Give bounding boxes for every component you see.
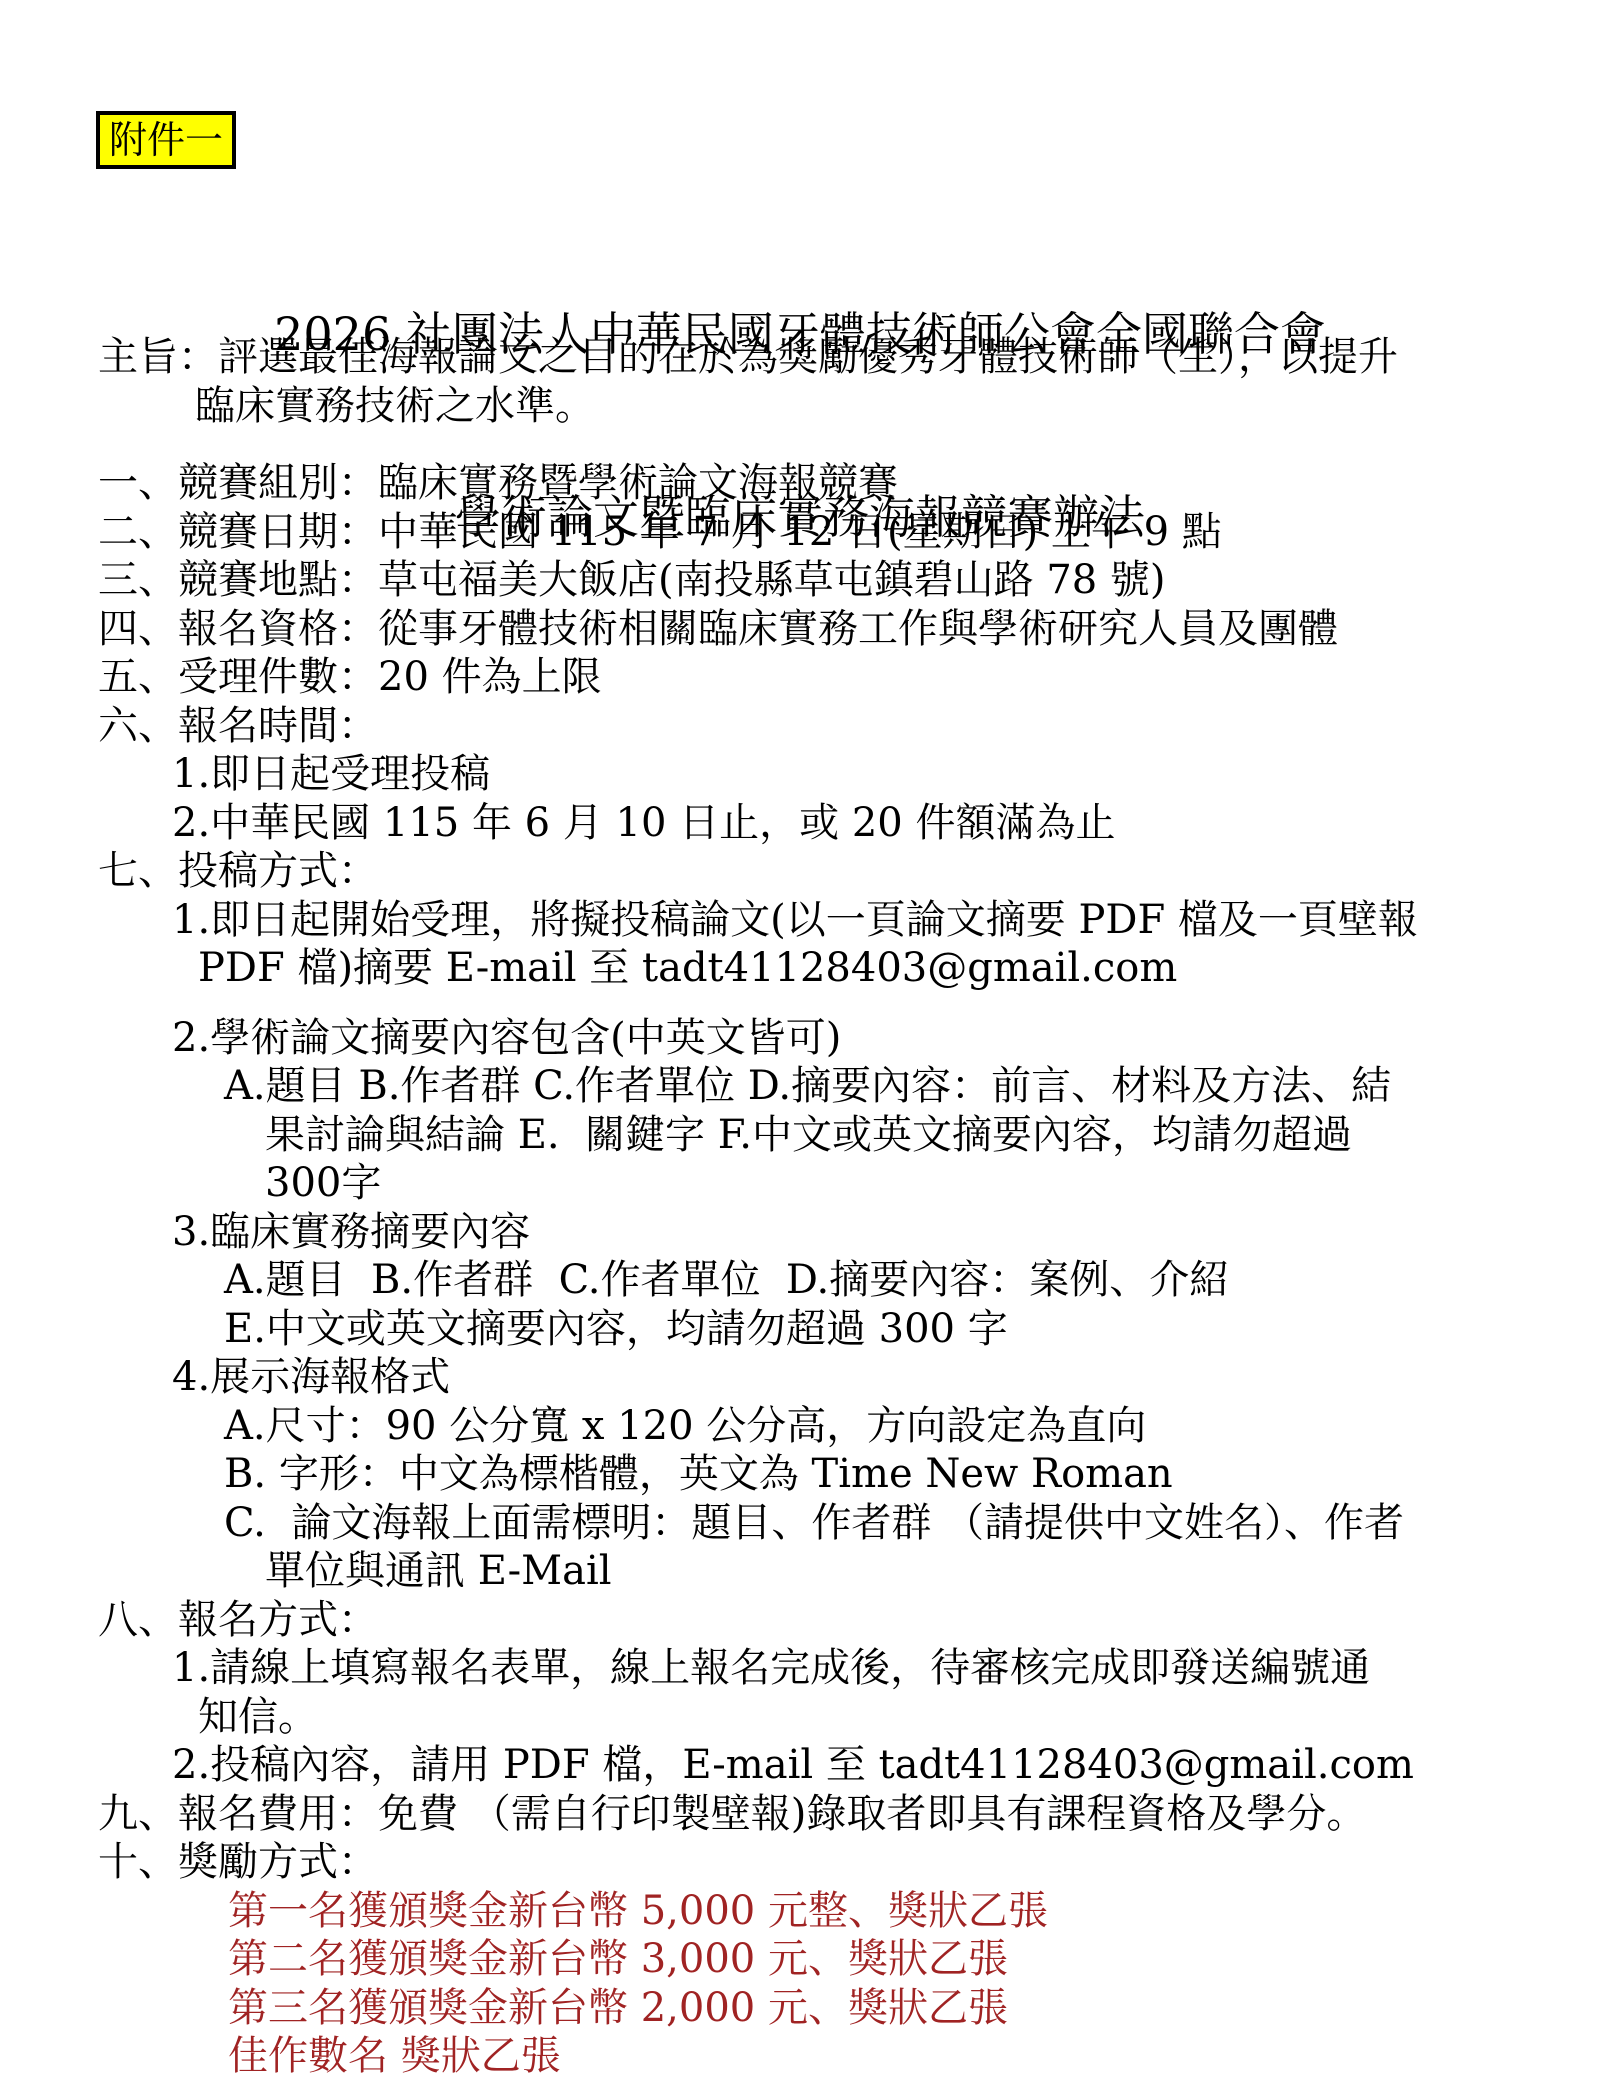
text-line: 八、報名方式： — [98, 1596, 1570, 1645]
document-body: 主旨：評選最佳海報論文之目的在於為獎勵優秀牙體技術師（生），以提升臨床實務技術之… — [98, 333, 1570, 2081]
text-line: 3.臨床實務摘要內容 — [172, 1208, 1570, 1257]
text-line: 知信。 — [198, 1693, 1570, 1742]
text-line: 臨床實務技術之水準。 — [195, 382, 1570, 431]
text-line: 300字 — [265, 1159, 1570, 1208]
text-line: 第二名獲頒獎金新台幣 3,000 元、獎狀乙張 — [228, 1935, 1570, 1984]
text-line: 四、報名資格：從事牙體技術相關臨床實務工作與學術研究人員及團體 — [98, 605, 1570, 654]
document-page: 附件一 2026 社團法人中華民國牙體技術師公會全國聯合會 學術論文暨臨床實務海… — [0, 0, 1600, 2086]
text-line: 2.投稿內容，請用 PDF 檔，E-mail 至 tadt41128403@gm… — [172, 1741, 1570, 1790]
text-line: 第一名獲頒獎金新台幣 5,000 元整、獎狀乙張 — [228, 1887, 1570, 1936]
text-line: 佳作數名 獎狀乙張 — [228, 2032, 1570, 2081]
text-line: B. 字形：中文為標楷體，英文為 Time New Roman — [224, 1450, 1570, 1499]
attachment-label: 附件一 — [96, 111, 236, 169]
text-line: A.題目 B.作者群 C.作者單位 D.摘要內容：前言、材料及方法、結 — [224, 1062, 1570, 1111]
text-line: E.中文或英文摘要內容，均請勿超過 300 字 — [224, 1305, 1570, 1354]
text-line: 單位與通訊 E-Mail — [265, 1547, 1570, 1596]
text-line: 十、獎勵方式： — [98, 1838, 1570, 1887]
text-line: 六、報名時間： — [98, 702, 1570, 751]
text-line: 二、競賽日期：中華民國 115 年 7 月 12 日(星期日) 上午 9 點 — [98, 508, 1570, 557]
text-line: 五、受理件數：20 件為上限 — [98, 653, 1570, 702]
text-line: PDF 檔)摘要 E-mail 至 tadt41128403@gmail.com — [198, 944, 1570, 993]
text-line: 一、競賽組別：臨床實務暨學術論文海報競賽 — [98, 459, 1570, 508]
text-line: A.題目 B.作者群 C.作者單位 D.摘要內容：案例、介紹 — [224, 1256, 1570, 1305]
text-line: 1.請線上填寫報名表單，線上報名完成後，待審核完成即發送編號通 — [172, 1644, 1570, 1693]
text-line: 九、報名費用：免費 （需自行印製壁報)錄取者即具有課程資格及學分。 — [98, 1790, 1570, 1839]
text-line: 4.展示海報格式 — [172, 1353, 1570, 1402]
text-line: A.尺寸：90 公分寬 x 120 公分高，方向設定為直向 — [224, 1402, 1570, 1451]
text-line: 2.學術論文摘要內容包含(中英文皆可) — [172, 1014, 1570, 1063]
text-line: 三、競賽地點：草屯福美大飯店(南投縣草屯鎮碧山路 78 號) — [98, 556, 1570, 605]
text-line: 第三名獲頒獎金新台幣 2,000 元、獎狀乙張 — [228, 1984, 1570, 2033]
text-line: 主旨：評選最佳海報論文之目的在於為獎勵優秀牙體技術師（生），以提升 — [98, 333, 1570, 382]
text-line: 1.即日起開始受理，將擬投稿論文(以一頁論文摘要 PDF 檔及一頁壁報 — [172, 896, 1570, 945]
text-line: C. 論文海報上面需標明：題目、作者群 （請提供中文姓名）、作者 — [224, 1499, 1570, 1548]
text-line: 果討論與結論 E. 關鍵字 F.中文或英文摘要內容，均請勿超過 — [265, 1111, 1570, 1160]
text-line: 2.中華民國 115 年 6 月 10 日止，或 20 件額滿為止 — [172, 799, 1570, 848]
text-line: 1.即日起受理投稿 — [172, 750, 1570, 799]
text-line: 七、投稿方式： — [98, 847, 1570, 896]
